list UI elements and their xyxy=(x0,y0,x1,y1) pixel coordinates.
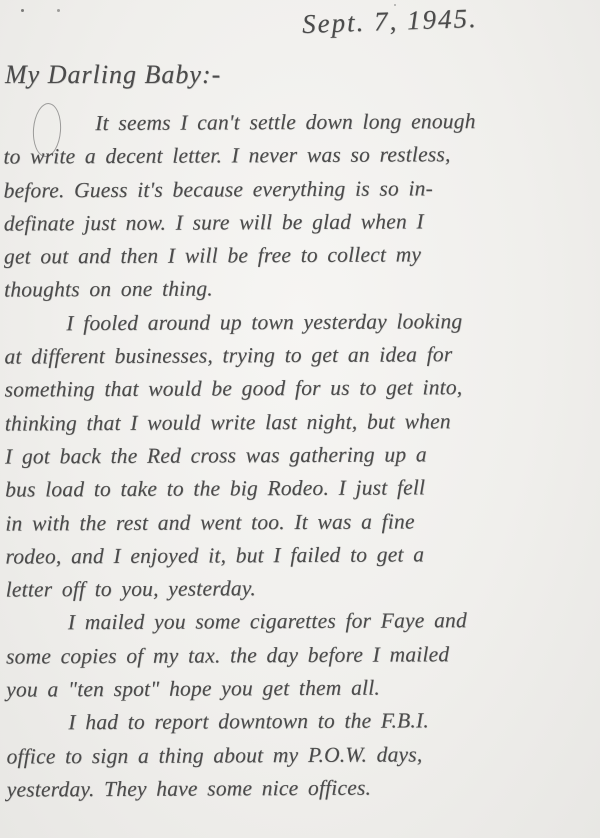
letter-line: I mailed you some cigarettes for Faye an… xyxy=(6,604,598,640)
letter-line: rodeo, and I enjoyed it, but I failed to… xyxy=(5,537,597,573)
letter-line: at different businesses, trying to get a… xyxy=(4,338,596,374)
letter-body: It seems I can't settle down long enough… xyxy=(3,104,599,806)
letter-line: in with the rest and went too. It was a … xyxy=(5,504,597,540)
letter-line: before. Guess it's because everything is… xyxy=(4,171,596,207)
letter-line: definate just now. I sure will be glad w… xyxy=(4,204,596,240)
letter-line: I fooled around up town yesterday lookin… xyxy=(4,304,596,340)
letter-line: office to sign a thing about my P.O.W. d… xyxy=(6,737,598,773)
letter-page: Sept. 7, 1945. My Darling Baby:- It seem… xyxy=(0,0,600,838)
letter-line: some copies of my tax. the day before I … xyxy=(6,637,598,673)
letter-line: get out and then I will be free to colle… xyxy=(4,238,596,274)
letter-line: thinking that I would write last night, … xyxy=(5,404,597,440)
letter-line: bus load to take to the big Rodeo. I jus… xyxy=(5,471,597,507)
letter-line: yesterday. They have some nice offices. xyxy=(7,770,599,806)
paper-speck xyxy=(21,9,24,12)
letter-line: It seems I can't settle down long enough xyxy=(3,104,595,140)
letter-line: to write a decent letter. I never was so… xyxy=(3,138,595,174)
letter-line: I had to report downtown to the F.B.I. xyxy=(6,704,598,740)
letter-line: thoughts on one thing. xyxy=(4,271,596,307)
paper-speck xyxy=(57,9,60,12)
letter-date: Sept. 7, 1945. xyxy=(302,3,479,40)
letter-salutation: My Darling Baby:- xyxy=(5,60,221,90)
letter-line: letter off to you, yesterday. xyxy=(6,571,598,607)
letter-line: you a "ten spot" hope you get them all. xyxy=(6,670,598,706)
letter-line: something that would be good for us to g… xyxy=(5,371,597,407)
letter-line: I got back the Red cross was gathering u… xyxy=(5,437,597,473)
